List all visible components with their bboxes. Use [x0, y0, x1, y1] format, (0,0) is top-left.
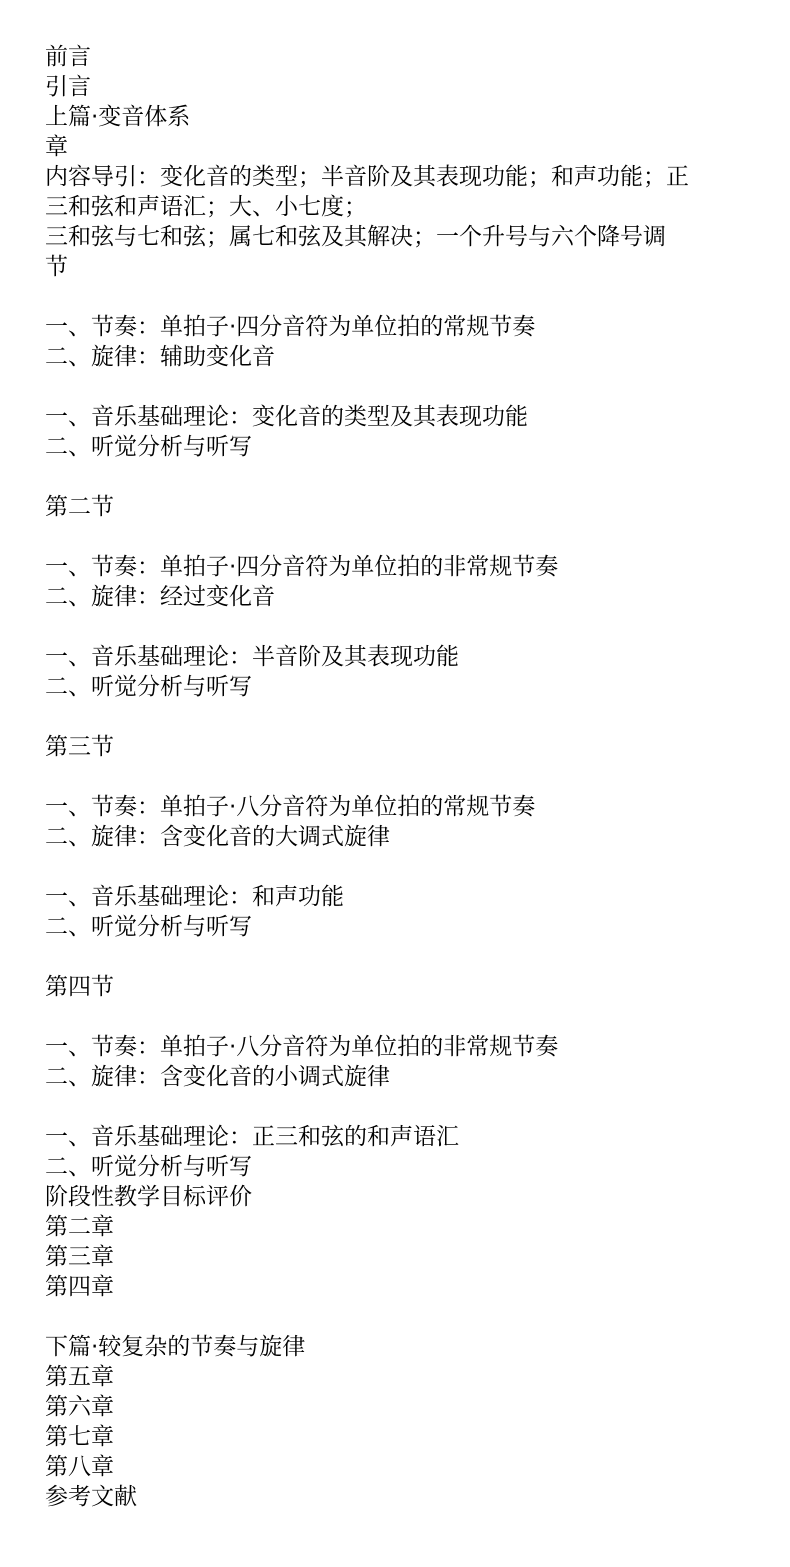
toc-section-heading[interactable]: 第四节 [45, 972, 765, 1002]
toc-chapter-8[interactable]: 第八章 [45, 1452, 765, 1482]
toc-item[interactable]: 二、听觉分析与听写 [45, 1152, 765, 1182]
toc-section-heading[interactable]: 第二节 [45, 492, 765, 522]
toc-item[interactable]: 一、节奏：单拍子·八分音符为单位拍的常规节奏 [45, 792, 765, 822]
toc-chapter-6[interactable]: 第六章 [45, 1392, 765, 1422]
spacer [45, 852, 765, 882]
toc-chapter-5[interactable]: 第五章 [45, 1362, 765, 1392]
toc-item[interactable]: 二、旋律：含变化音的小调式旋律 [45, 1062, 765, 1092]
spacer [45, 702, 765, 732]
toc-item-introduction[interactable]: 引言 [45, 72, 765, 102]
toc-content-guide: 三和弦和声语汇；大、小七度； [45, 192, 765, 222]
spacer [45, 1002, 765, 1032]
table-of-contents: 前言 引言 上篇·变音体系 章 内容导引：变化音的类型；半音阶及其表现功能；和声… [45, 42, 765, 1512]
toc-chapter-2[interactable]: 第二章 [45, 1212, 765, 1242]
spacer [45, 612, 765, 642]
toc-chapter-heading[interactable]: 章 [45, 132, 765, 162]
toc-content-guide: 三和弦与七和弦；属七和弦及其解决；一个升号与六个降号调 [45, 222, 765, 252]
toc-item-evaluation[interactable]: 阶段性教学目标评价 [45, 1182, 765, 1212]
spacer [45, 522, 765, 552]
toc-item[interactable]: 二、旋律：含变化音的大调式旋律 [45, 822, 765, 852]
toc-section-heading[interactable]: 第三节 [45, 732, 765, 762]
toc-item[interactable]: 一、音乐基础理论：变化音的类型及其表现功能 [45, 402, 765, 432]
spacer [45, 1302, 765, 1332]
toc-chapter-3[interactable]: 第三章 [45, 1242, 765, 1272]
spacer [45, 1092, 765, 1122]
toc-item-references[interactable]: 参考文献 [45, 1482, 765, 1512]
toc-item[interactable]: 一、节奏：单拍子·四分音符为单位拍的常规节奏 [45, 312, 765, 342]
toc-content-guide: 内容导引：变化音的类型；半音阶及其表现功能；和声功能；正 [45, 162, 765, 192]
spacer [45, 762, 765, 792]
toc-item[interactable]: 二、听觉分析与听写 [45, 912, 765, 942]
toc-item[interactable]: 二、听觉分析与听写 [45, 672, 765, 702]
spacer [45, 282, 765, 312]
spacer [45, 372, 765, 402]
toc-item-preface[interactable]: 前言 [45, 42, 765, 72]
toc-item[interactable]: 二、旋律：经过变化音 [45, 582, 765, 612]
spacer [45, 462, 765, 492]
toc-item[interactable]: 一、节奏：单拍子·四分音符为单位拍的非常规节奏 [45, 552, 765, 582]
toc-chapter-4[interactable]: 第四章 [45, 1272, 765, 1302]
toc-section-heading[interactable]: 节 [45, 252, 765, 282]
spacer [45, 942, 765, 972]
toc-item[interactable]: 二、旋律：辅助变化音 [45, 342, 765, 372]
toc-item[interactable]: 二、听觉分析与听写 [45, 432, 765, 462]
toc-item[interactable]: 一、节奏：单拍子·八分音符为单位拍的非常规节奏 [45, 1032, 765, 1062]
toc-item[interactable]: 一、音乐基础理论：和声功能 [45, 882, 765, 912]
toc-item[interactable]: 一、音乐基础理论：半音阶及其表现功能 [45, 642, 765, 672]
toc-part-heading[interactable]: 上篇·变音体系 [45, 102, 765, 132]
toc-part-heading[interactable]: 下篇·较复杂的节奏与旋律 [45, 1332, 765, 1362]
toc-chapter-7[interactable]: 第七章 [45, 1422, 765, 1452]
toc-item[interactable]: 一、音乐基础理论：正三和弦的和声语汇 [45, 1122, 765, 1152]
